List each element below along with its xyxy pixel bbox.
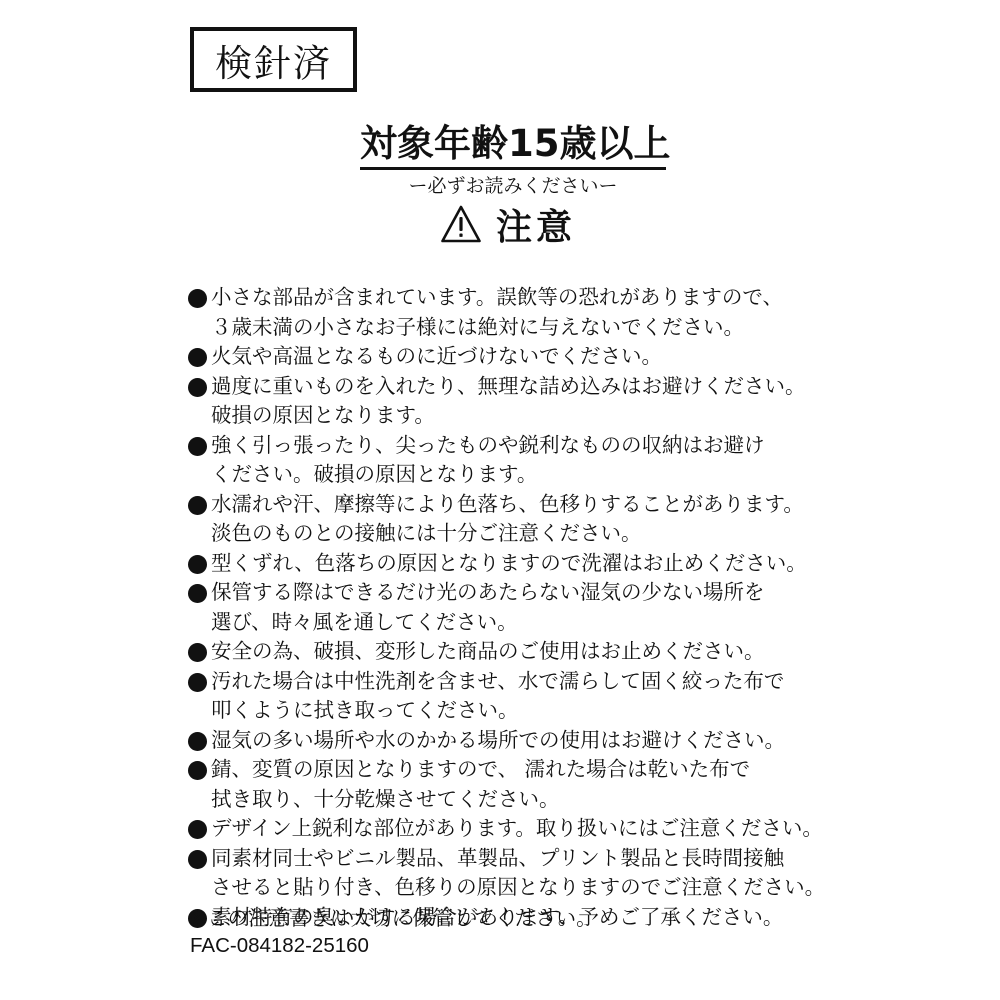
please-read-subtitle: ー必ずお読みくださいー [360, 174, 666, 198]
note-line: 同素材同士やビニル製品、革製品、プリント製品と長時間接触 [211, 844, 848, 874]
note-line: 過度に重いものを入れたり、無理な詰め込みはお避けください。 [211, 372, 848, 402]
keep-notice-footer: ※この注意書きは大切に保管してください。 [190, 904, 597, 932]
note-line: 破損の原因となります。 [211, 401, 848, 431]
note-line: デザイン上鋭利な部位があります。取り扱いにはご注意ください。 [211, 814, 848, 844]
caution-note: 同素材同士やビニル製品、革製品、プリント製品と長時間接触 させると貼り付き、色移… [188, 844, 848, 903]
caution-note: 保管する際はできるだけ光のあたらない湿気の少ない場所を 選び、時々風を通してくだ… [188, 578, 848, 637]
note-line: 汚れた場合は中性洗剤を含ませ、水で濡らして固く絞った布で [211, 667, 848, 697]
inspected-stamp-label: 検針済 [215, 33, 332, 87]
caution-note: 湿気の多い場所や水のかかる場所での使用はお避けください。 [188, 726, 848, 756]
caution-note: 強く引っ張ったり、尖ったものや鋭利なものの収納はお避け ください。破損の原因とな… [188, 431, 848, 490]
caution-note: 過度に重いものを入れたり、無理な詰め込みはお避けください。 破損の原因となります… [188, 372, 848, 431]
caution-header: 注意 [440, 200, 590, 248]
bullet-icon [188, 820, 207, 839]
note-line: ください。破損の原因となります。 [211, 460, 848, 490]
title-underline-divider [360, 167, 666, 170]
bullet-icon [188, 761, 207, 780]
bullet-icon [188, 555, 207, 574]
caution-note: 水濡れや汗、摩擦等により色落ち、色移りすることがあります。 淡色のものとの接触に… [188, 490, 848, 549]
bullet-icon [188, 437, 207, 456]
note-line: 淡色のものとの接触には十分ご注意ください。 [211, 519, 848, 549]
note-line: 型くずれ、色落ちの原因となりますので洗濯はお止めください。 [211, 549, 848, 579]
caution-note: デザイン上鋭利な部位があります。取り扱いにはご注意ください。 [188, 814, 848, 844]
caution-title: 注意 [496, 199, 576, 250]
note-line: 湿気の多い場所や水のかかる場所での使用はお避けください。 [211, 726, 848, 756]
bullet-icon [188, 732, 207, 751]
note-line: 拭き取り、十分乾燥させてください。 [211, 785, 848, 815]
age-rating-title: 対象年齢15歳以上 [360, 122, 666, 166]
caution-note: 火気や高温となるものに近づけないでください。 [188, 342, 848, 372]
note-line: させると貼り付き、色移りの原因となりますのでご注意ください。 [211, 873, 848, 903]
caution-note: 錆、変質の原因となりますので、 濡れた場合は乾いた布で 拭き取り、十分乾燥させて… [188, 755, 848, 814]
note-line: 叩くように拭き取ってください。 [211, 696, 848, 726]
bullet-icon [188, 348, 207, 367]
bullet-icon [188, 850, 207, 869]
note-line: 錆、変質の原因となりますので、 濡れた場合は乾いた布で [211, 755, 848, 785]
inspected-stamp: 検針済 [190, 27, 357, 92]
note-line: 強く引っ張ったり、尖ったものや鋭利なものの収納はお避け [211, 431, 848, 461]
caution-note: 小さな部品が含まれています。誤飲等の恐れがありますので、 ３歳未満の小さなお子様… [188, 283, 848, 342]
bullet-icon [188, 643, 207, 662]
note-line: 選び、時々風を通してください。 [211, 608, 848, 638]
bullet-icon [188, 289, 207, 308]
bullet-icon [188, 584, 207, 603]
bullet-icon [188, 378, 207, 397]
warning-triangle-icon [440, 204, 482, 244]
note-line: 小さな部品が含まれています。誤飲等の恐れがありますので、 [211, 283, 848, 313]
caution-note: 型くずれ、色落ちの原因となりますので洗濯はお止めください。 [188, 549, 848, 579]
note-line: 水濡れや汗、摩擦等により色落ち、色移りすることがあります。 [211, 490, 848, 520]
bullet-icon [188, 673, 207, 692]
caution-note: 汚れた場合は中性洗剤を含ませ、水で濡らして固く絞った布で 叩くように拭き取ってく… [188, 667, 848, 726]
note-line: 保管する際はできるだけ光のあたらない湿気の少ない場所を [211, 578, 848, 608]
caution-notes-list: 小さな部品が含まれています。誤飲等の恐れがありますので、 ３歳未満の小さなお子様… [188, 283, 848, 932]
note-line: 火気や高温となるものに近づけないでください。 [211, 342, 848, 372]
caution-note: 安全の為、破損、変形した商品のご使用はお止めください。 [188, 637, 848, 667]
note-line: ３歳未満の小さなお子様には絶対に与えないでください。 [211, 313, 848, 343]
bullet-icon [188, 496, 207, 515]
note-line: 安全の為、破損、変形した商品のご使用はお止めください。 [211, 637, 848, 667]
product-code: FAC-084182-25160 [190, 932, 369, 960]
